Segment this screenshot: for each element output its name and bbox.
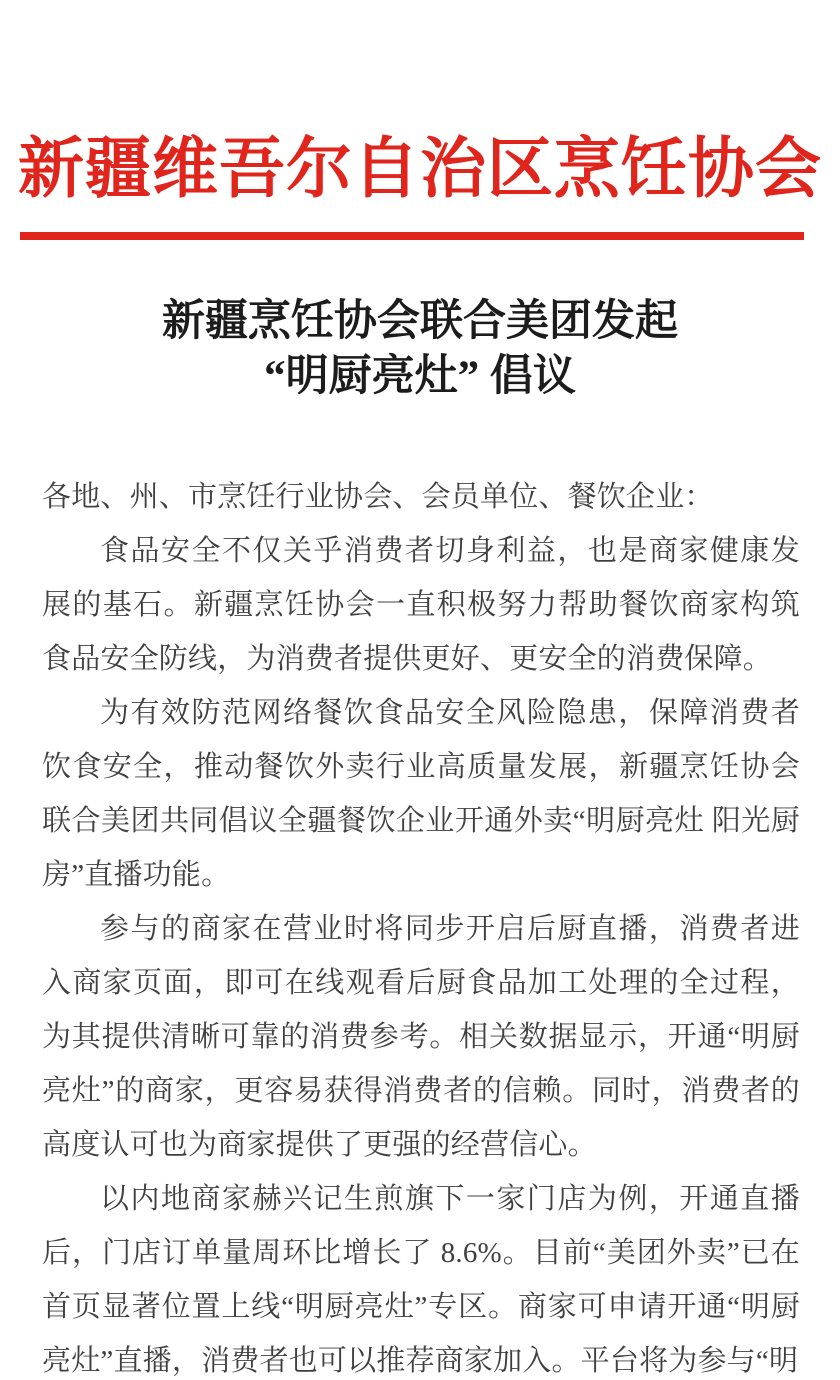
document-page: 新疆维吾尔自治区烹饪协会 新疆烹饪协会联合美团发起 “明厨亮灶” 倡议 各地、州… xyxy=(0,0,840,1380)
body-paragraph: 以内地商家赫兴记生煎旗下一家门店为例，开通直播后，门店订单量周环比增长了 8.6… xyxy=(42,1172,800,1380)
body-paragraph: 为有效防范网络餐饮食品安全风险隐患，保障消费者饮食安全，推动餐饮外卖行业高质量发… xyxy=(42,686,800,902)
document-title-line2: “明厨亮灶” 倡议 xyxy=(0,349,840,404)
letterhead-org-name: 新疆维吾尔自治区烹饪协会 xyxy=(0,126,840,214)
document-title-line1: 新疆烹饪协会联合美团发起 xyxy=(0,294,840,349)
document-body: 各地、州、市烹饪行业协会、会员单位、餐饮企业： 食品安全不仅关乎消费者切身利益，… xyxy=(42,470,800,1380)
document-title: 新疆烹饪协会联合美团发起 “明厨亮灶” 倡议 xyxy=(0,294,840,404)
body-paragraph: 食品安全不仅关乎消费者切身利益，也是商家健康发展的基石。新疆烹饪协会一直积极努力… xyxy=(42,524,800,686)
letterhead-red-divider xyxy=(20,232,804,240)
salutation: 各地、州、市烹饪行业协会、会员单位、餐饮企业： xyxy=(42,470,800,524)
body-paragraph: 参与的商家在营业时将同步开启后厨直播，消费者进入商家页面，即可在线观看后厨食品加… xyxy=(42,902,800,1172)
